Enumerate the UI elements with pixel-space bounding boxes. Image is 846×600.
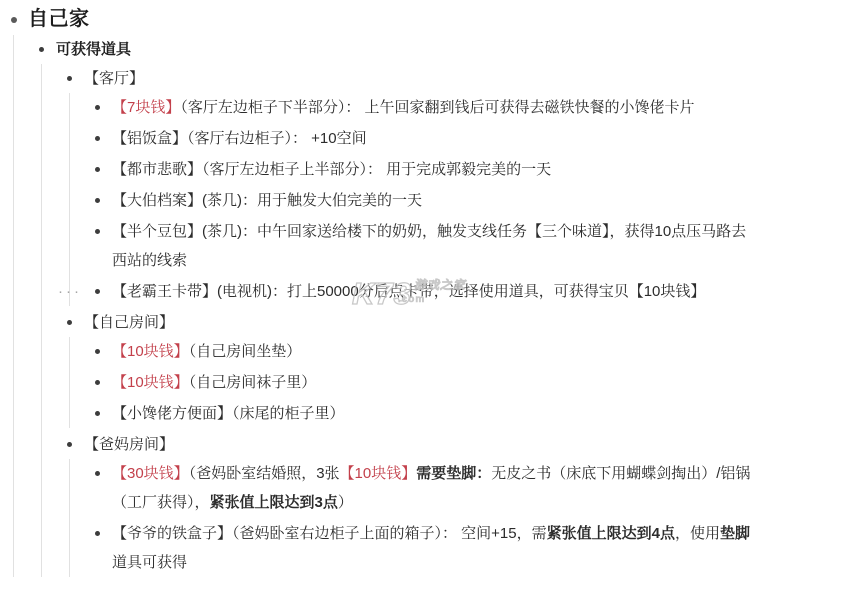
text-segment-bold: 垫脚: [720, 525, 750, 542]
bullet-icon: [95, 229, 100, 234]
bullet-icon: [95, 471, 100, 476]
outline-item-row: 【小馋佬方便面】（床尾的柜子里）: [112, 399, 755, 428]
text-segment-red: 【10块钱】: [112, 374, 189, 391]
text-segment-bold: 需要垫脚：: [416, 465, 491, 482]
text-segment-normal: 【都市悲歌】（客厅左边柜子上半部分）： 用于完成郭毅完美的一天: [112, 161, 551, 178]
outline-item-text: 【都市悲歌】（客厅左边柜子上半部分）： 用于完成郭毅完美的一天: [112, 161, 551, 178]
bullet-icon: [95, 411, 100, 416]
text-segment-normal: （爸妈卧室结婚照，3张: [189, 465, 340, 482]
outline-children: 【30块钱】（爸妈卧室结婚照，3张【10块钱】需要垫脚：无皮之书（床底下用蝴蝶剑…: [69, 459, 755, 577]
outline-item-text: 【自己房间】: [84, 314, 174, 331]
outline-item: 【客厅】【7块钱】（客厅左边柜子下半部分）： 上午回家翻到钱后可获得去磁铁快餐的…: [65, 64, 755, 306]
text-segment-bold: 紧张值上限达到3点: [210, 494, 338, 511]
outline-children: 可获得道具【客厅】【7块钱】（客厅左边柜子下半部分）： 上午回家翻到钱后可获得去…: [13, 35, 755, 577]
text-segment-normal: ）: [338, 494, 353, 511]
bullet-icon: [39, 47, 44, 52]
item-options-handle-icon[interactable]: ···: [58, 277, 82, 306]
outline-item-text: 【客厅】: [84, 70, 144, 87]
outline-item-row: 【10块钱】（自己房间坐垫）: [112, 337, 755, 366]
outline-item: 【自己房间】【10块钱】（自己房间坐垫）【10块钱】（自己房间袜子里）【小馋佬方…: [65, 308, 755, 428]
outline-item: 【半个豆包】(茶几)：中午回家送给楼下的奶奶，触发支线任务【三个味道】，获得10…: [93, 217, 755, 275]
outline-item-row: 【10块钱】（自己房间袜子里）: [112, 368, 755, 397]
outline-item-text: 【大伯档案】(茶几)：用于触发大伯完美的一天: [112, 192, 422, 209]
outline-item-row: 【铝饭盒】（客厅右边柜子）： +10空间: [112, 124, 755, 153]
outline-item-row: 【7块钱】（客厅左边柜子下半部分）： 上午回家翻到钱后可获得去磁铁快餐的小馋佬卡…: [112, 93, 755, 122]
outline: 自己家可获得道具【客厅】【7块钱】（客厅左边柜子下半部分）： 上午回家翻到钱后可…: [0, 0, 755, 577]
bullet-icon: [67, 442, 72, 447]
outline-item-row: 【半个豆包】(茶几)：中午回家送给楼下的奶奶，触发支线任务【三个味道】，获得10…: [112, 217, 755, 275]
outline-item-text: 【半个豆包】(茶几)：中午回家送给楼下的奶奶，触发支线任务【三个味道】，获得10…: [112, 223, 746, 269]
text-segment-normal: （自己房间坐垫）: [189, 343, 302, 360]
outline-item-row: 可获得道具: [56, 35, 755, 64]
outline-item-text: 【老霸王卡带】(电视机)：打上50000分后点卡带，选择使用道具，可获得宝贝【1…: [112, 283, 705, 300]
outline-item-text: 【爷爷的铁盒子】（爸妈卧室右边柜子上面的箱子）： 空间+15，需紧张值上限达到4…: [112, 525, 750, 571]
page-title-row: 自己家: [28, 3, 755, 35]
text-segment-normal: 【自己房间】: [84, 314, 174, 331]
bullet-icon: [67, 320, 72, 325]
outline-item: 可获得道具【客厅】【7块钱】（客厅左边柜子下半部分）： 上午回家翻到钱后可获得去…: [37, 35, 755, 577]
text-segment-normal: 【爷爷的铁盒子】（爸妈卧室右边柜子上面的箱子）： 空间+15，需: [112, 525, 547, 542]
outline-children: 【10块钱】（自己房间坐垫）【10块钱】（自己房间袜子里）【小馋佬方便面】（床尾…: [69, 337, 755, 428]
text-segment-red: 【10块钱】: [340, 465, 417, 482]
outline-item: 【都市悲歌】（客厅左边柜子上半部分）： 用于完成郭毅完美的一天: [93, 155, 755, 184]
bullet-icon: [67, 76, 72, 81]
outline-item: 【30块钱】（爸妈卧室结婚照，3张【10块钱】需要垫脚：无皮之书（床底下用蝴蝶剑…: [93, 459, 755, 517]
outline-item-text: 【爸妈房间】: [84, 436, 174, 453]
outline-item-text: 【小馋佬方便面】（床尾的柜子里）: [112, 405, 345, 422]
outline-item: 【爷爷的铁盒子】（爸妈卧室右边柜子上面的箱子）： 空间+15，需紧张值上限达到4…: [93, 519, 755, 577]
outline-item: 【7块钱】（客厅左边柜子下半部分）： 上午回家翻到钱后可获得去磁铁快餐的小馋佬卡…: [93, 93, 755, 122]
outline-children: 【7块钱】（客厅左边柜子下半部分）： 上午回家翻到钱后可获得去磁铁快餐的小馋佬卡…: [69, 93, 755, 306]
text-segment-normal: （自己房间袜子里）: [189, 374, 317, 391]
outline-item: ···【老霸王卡带】(电视机)：打上50000分后点卡带，选择使用道具，可获得宝…: [93, 277, 755, 306]
bullet-icon: [95, 136, 100, 141]
bullet-icon: [95, 105, 100, 110]
outline-item-row: 【都市悲歌】（客厅左边柜子上半部分）： 用于完成郭毅完美的一天: [112, 155, 755, 184]
page-title: 自己家: [28, 8, 90, 30]
outline-children: 【客厅】【7块钱】（客厅左边柜子下半部分）： 上午回家翻到钱后可获得去磁铁快餐的…: [41, 64, 755, 577]
bullet-icon: [95, 167, 100, 172]
outline-item-row: 【爸妈房间】: [84, 430, 755, 459]
bullet-icon: [95, 380, 100, 385]
outline-item-row: 【客厅】: [84, 64, 755, 93]
outline-item-text: 【7块钱】（客厅左边柜子下半部分）： 上午回家翻到钱后可获得去磁铁快餐的小馋佬卡…: [112, 99, 695, 116]
bullet-icon: [11, 17, 17, 23]
text-segment-normal: 【客厅】: [84, 70, 144, 87]
outline-item-text: 【10块钱】（自己房间袜子里）: [112, 374, 316, 391]
outline-item-text: 【铝饭盒】（客厅右边柜子）： +10空间: [112, 130, 367, 147]
outline-item-row: ···【老霸王卡带】(电视机)：打上50000分后点卡带，选择使用道具，可获得宝…: [112, 277, 755, 306]
text-segment-bold: 紧张值上限达到4点: [547, 525, 675, 542]
outline-item: 【大伯档案】(茶几)：用于触发大伯完美的一天: [93, 186, 755, 215]
text-segment-normal: ，使用: [675, 525, 720, 542]
text-segment-normal: 【老霸王卡带】(电视机)：打上50000分后点卡带，选择使用道具，可获得宝贝【1…: [112, 283, 705, 300]
outline-item: 【爸妈房间】【30块钱】（爸妈卧室结婚照，3张【10块钱】需要垫脚：无皮之书（床…: [65, 430, 755, 577]
text-segment-normal: 可获得道具: [56, 41, 131, 58]
outline-item-text: 可获得道具: [56, 41, 131, 58]
text-segment-normal: 【大伯档案】(茶几)：用于触发大伯完美的一天: [112, 192, 422, 209]
text-segment-normal: 【小馋佬方便面】（床尾的柜子里）: [112, 405, 345, 422]
text-segment-normal: 【爸妈房间】: [84, 436, 174, 453]
bullet-icon: [95, 531, 100, 536]
outline-item-row: 【爷爷的铁盒子】（爸妈卧室右边柜子上面的箱子）： 空间+15，需紧张值上限达到4…: [112, 519, 755, 577]
outline-item: 【10块钱】（自己房间坐垫）: [93, 337, 755, 366]
bullet-icon: [95, 349, 100, 354]
bullet-icon: [95, 198, 100, 203]
text-segment-normal: 【半个豆包】(茶几)：中午回家送给楼下的奶奶，触发支线任务【三个味道】，获得10…: [112, 223, 746, 269]
outline-item-text: 【30块钱】（爸妈卧室结婚照，3张【10块钱】需要垫脚：无皮之书（床底下用蝴蝶剑…: [112, 465, 750, 511]
outline-item-row: 【大伯档案】(茶几)：用于触发大伯完美的一天: [112, 186, 755, 215]
outline-item: 【10块钱】（自己房间袜子里）: [93, 368, 755, 397]
text-segment-red: 【7块钱】: [112, 99, 180, 116]
bullet-icon: [95, 289, 100, 294]
page-title-item: 自己家可获得道具【客厅】【7块钱】（客厅左边柜子下半部分）： 上午回家翻到钱后可…: [9, 3, 755, 577]
text-segment-normal: （客厅左边柜子下半部分）： 上午回家翻到钱后可获得去磁铁快餐的小馋佬卡片: [180, 99, 694, 116]
outline-item: 【铝饭盒】（客厅右边柜子）： +10空间: [93, 124, 755, 153]
text-segment-red: 【30块钱】: [112, 465, 189, 482]
text-segment-normal: 【铝饭盒】（客厅右边柜子）： +10空间: [112, 130, 367, 147]
outline-item: 【小馋佬方便面】（床尾的柜子里）: [93, 399, 755, 428]
text-segment-normal: 自己家: [28, 8, 90, 30]
text-segment-normal: 道具可获得: [112, 554, 187, 571]
text-segment-red: 【10块钱】: [112, 343, 189, 360]
outline-item-row: 【30块钱】（爸妈卧室结婚照，3张【10块钱】需要垫脚：无皮之书（床底下用蝴蝶剑…: [112, 459, 755, 517]
outline-item-text: 【10块钱】（自己房间坐垫）: [112, 343, 301, 360]
outline-item-row: 【自己房间】: [84, 308, 755, 337]
